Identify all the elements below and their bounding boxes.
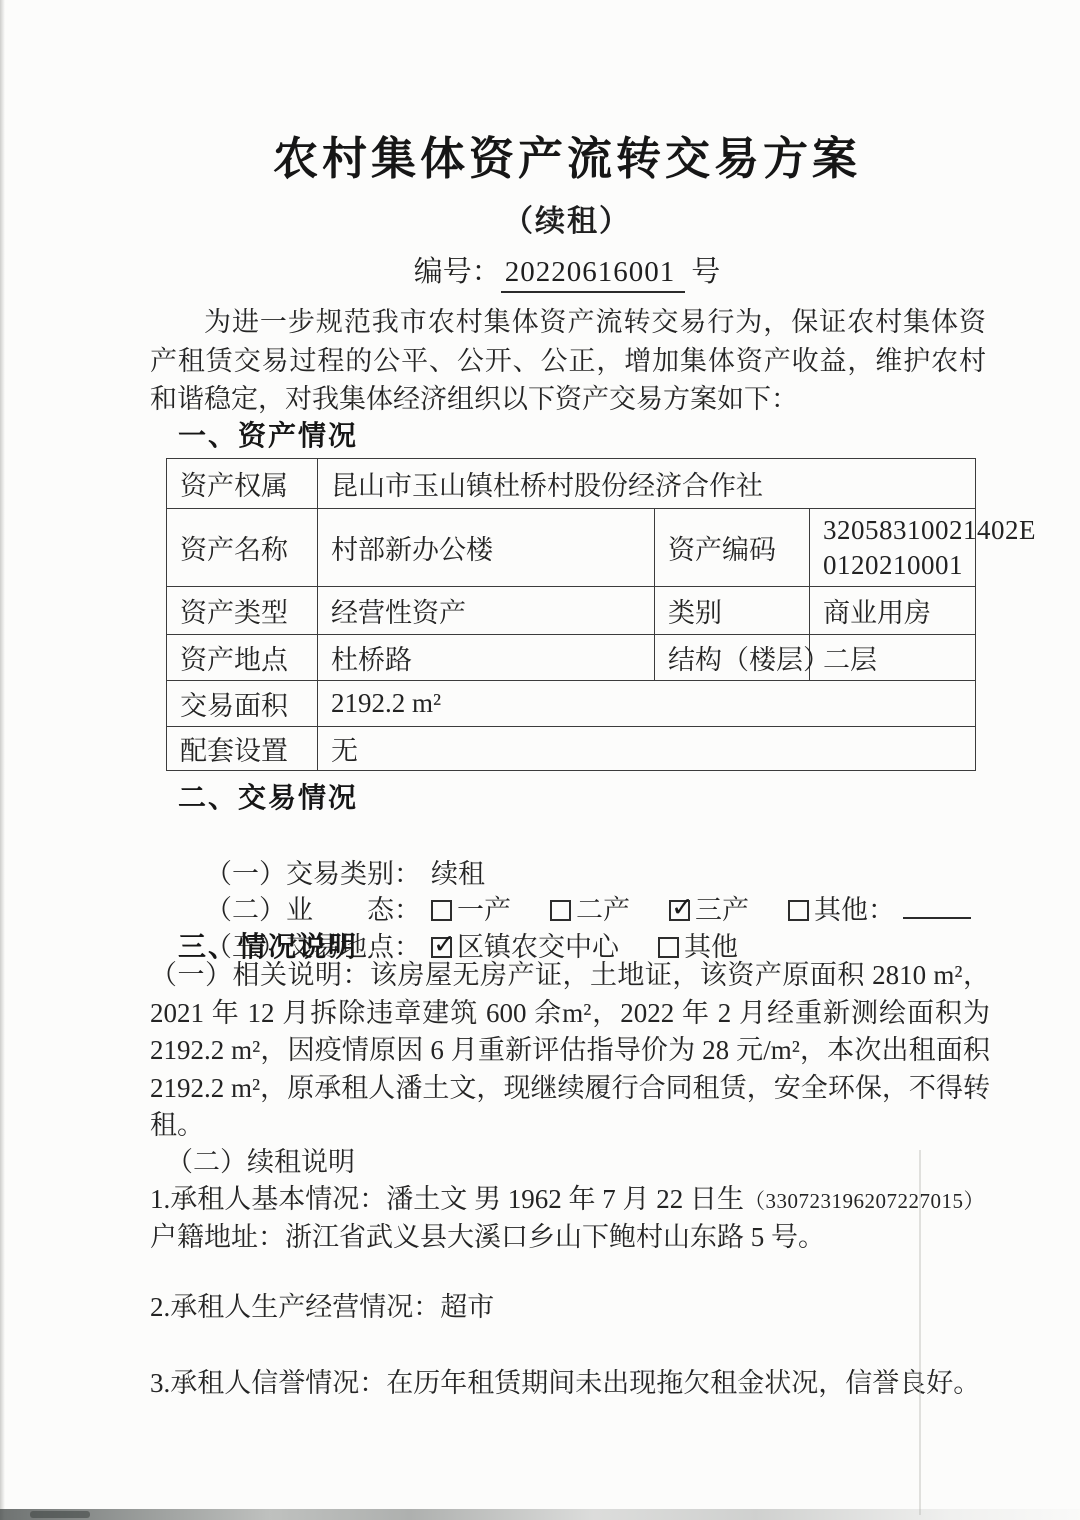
checkbox-checked-icon: ✓ [431, 937, 452, 958]
asset-type-label: 资产类型 [167, 587, 318, 635]
section-heading-transaction: 二、交易情况 [178, 776, 358, 816]
asset-info-table: 资产权属 昆山市玉山镇杜桥村股份经济合作社 资产名称 村部新办公楼 资产编码 3… [166, 458, 976, 771]
tenant-credit: 3.承租人信誉情况：在历年租赁期间未出现拖欠租金状况，信誉良好。 [150, 1361, 980, 1400]
business-option-label: 其他： [814, 895, 895, 925]
facilities-label: 配套设置 [167, 727, 318, 771]
table-row: 资产类型 经营性资产 类别 商业用房 [167, 587, 976, 635]
table-row: 资产名称 村部新办公楼 资产编码 32058310021402E 0120210… [167, 509, 976, 587]
tenant-basic-info: 1.承租人基本情况：潘土文 男 1962 年 7 月 22 日生（3307231… [150, 1177, 985, 1216]
scan-fold-line [919, 1150, 921, 1515]
document-subtitle: （续租） [150, 196, 984, 240]
asset-name-value: 村部新办公楼 [318, 509, 655, 587]
checkbox-unchecked-icon [788, 900, 809, 921]
business-option: 其他： [788, 895, 895, 925]
location-value: 杜桥路 [318, 635, 655, 681]
structure-label: 结构（楼层） [655, 635, 810, 681]
tenant-id-number: （330723196207227015） [744, 1189, 985, 1213]
intro-paragraph: 为进一步规范我市农村集体资产流转交易行为，保证农村集体资产租赁交易过程的公平、公… [150, 303, 986, 419]
table-row: 交易面积 2192.2 m² [167, 681, 976, 727]
tenant-business: 2.承租人生产经营情况：超市 [150, 1285, 494, 1324]
category-value: 商业用房 [810, 587, 976, 635]
table-row: 配套设置 无 [167, 727, 976, 771]
other-blank-line [903, 897, 971, 919]
section-heading-asset: 一、资产情况 [178, 414, 358, 454]
table-row: 资产权属 昆山市玉山镇杜桥村股份经济合作社 [167, 459, 976, 509]
asset-code-label: 资产编码 [655, 509, 810, 587]
asset-code-value: 32058310021402E 0120210001 [810, 509, 976, 587]
asset-code-line1: 32058310021402E [823, 513, 975, 548]
related-note-paragraph: （一）相关说明：该房屋无房产证，土地证，该资产原面积 2810 m²，2021 … [150, 957, 990, 1145]
asset-code-line2: 0120210001 [823, 548, 975, 583]
facilities-value: 无 [318, 727, 976, 771]
area-label: 交易面积 [167, 681, 318, 727]
ownership-label: 资产权属 [167, 459, 318, 509]
category-label: 类别 [655, 587, 810, 635]
asset-type-value: 经营性资产 [318, 587, 655, 635]
checkbox-unchecked-icon [658, 937, 679, 958]
renewal-subheading: （二）续租说明 [166, 1140, 355, 1179]
scan-bottom-smudge [0, 1509, 1080, 1520]
structure-value: 二层 [810, 635, 976, 681]
scan-left-edge-shadow [0, 0, 5, 1520]
checkbox-mark: ✓ [433, 929, 456, 960]
location-label: 资产地点 [167, 635, 318, 681]
document-title: 农村集体资产流转交易方案 [150, 122, 984, 187]
ownership-value: 昆山市玉山镇杜桥村股份经济合作社 [318, 459, 976, 509]
document-number-label: 编号： [414, 256, 501, 288]
table-row: 资产地点 杜桥路 结构（楼层） 二层 [167, 635, 976, 681]
document-number-value: 20220616001 [501, 256, 686, 293]
asset-name-label: 资产名称 [167, 509, 318, 587]
tenant-address: 户籍地址：浙江省武义县大溪口乡山下鲍村山东路 5 号。 [150, 1215, 825, 1254]
tenant-info-text: 1.承租人基本情况：潘土文 男 1962 年 7 月 22 日生 [150, 1184, 744, 1214]
area-value: 2192.2 m² [318, 681, 976, 727]
document-number-line: 编号：20220616001号 [150, 249, 984, 290]
scan-bottom-blob [30, 1511, 90, 1518]
scanned-document-page: 农村集体资产流转交易方案 （续租） 编号：20220616001号 为进一步规范… [0, 0, 1080, 1520]
document-number-suffix: 号 [691, 256, 720, 288]
